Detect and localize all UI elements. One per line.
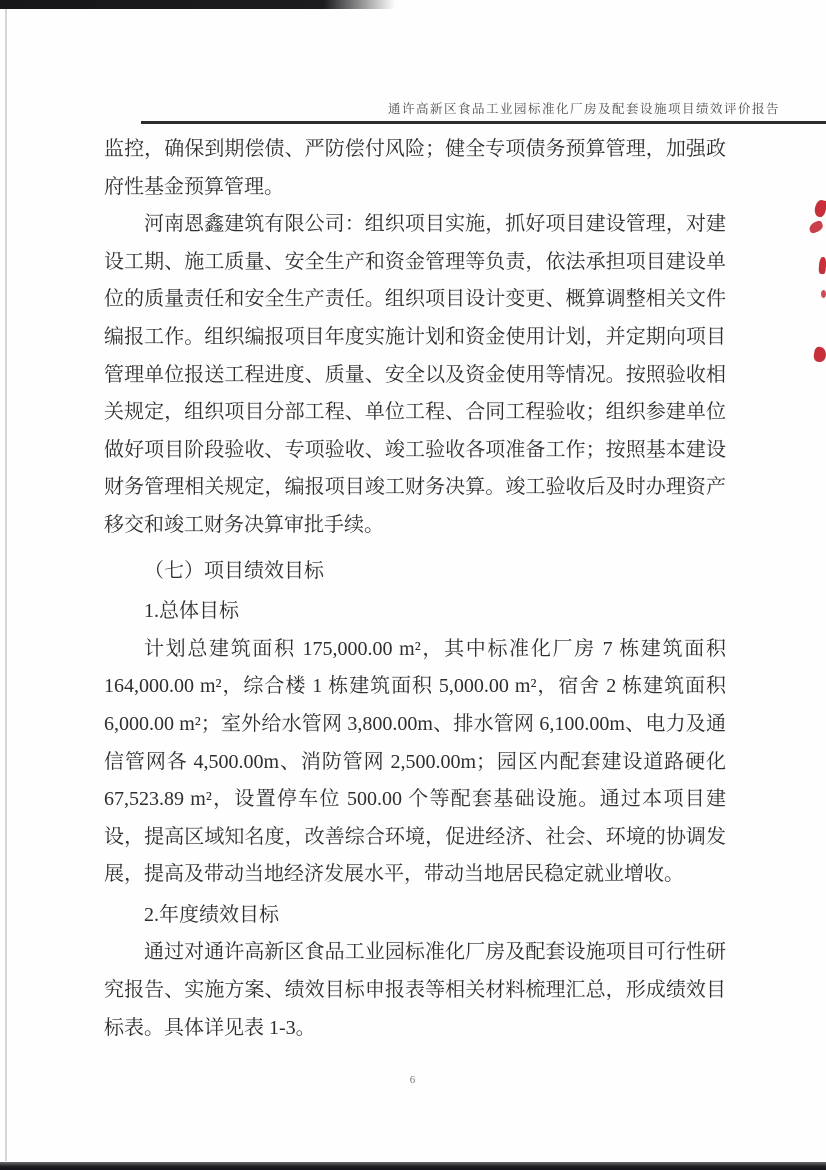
red-stamp-mark	[821, 290, 826, 298]
red-stamp-mark	[813, 199, 826, 218]
red-stamp-mark	[808, 220, 825, 235]
subheading-annual-performance-goal: 2.年度绩效目标	[104, 897, 726, 935]
document-body: 监控，确保到期偿债、严防偿付风险；健全专项债务预算管理，加强政府性基金预算管理。…	[104, 131, 726, 1047]
header-rule-line	[141, 121, 826, 124]
paragraph-debt-supervision: 监控，确保到期偿债、严防偿付风险；健全专项债务预算管理，加强政府性基金预算管理。	[104, 131, 726, 206]
paragraph-construction-company-duties: 河南恩鑫建筑有限公司：组织项目实施，抓好项目建设管理，对建设工期、施工质量、安全…	[104, 206, 726, 544]
page-number: 6	[0, 1074, 826, 1086]
running-header-title: 通许高新区食品工业园标准化厂房及配套设施项目绩效评价报告	[388, 99, 780, 117]
red-stamp-mark	[818, 257, 826, 274]
scan-artifact-bottom-bar	[0, 1162, 826, 1170]
scan-artifact-left-edge-line	[5, 9, 7, 1161]
scanned-document-page: 通许高新区食品工业园标准化厂房及配套设施项目绩效评价报告 监控，确保到期偿债、严…	[0, 0, 826, 1170]
paragraph-annual-goal-details: 通过对通许高新区食品工业园标准化厂房及配套设施项目可行性研究报告、实施方案、绩效…	[104, 934, 726, 1047]
subheading-overall-goal: 1.总体目标	[104, 593, 726, 631]
scan-artifact-top-bar	[0, 0, 395, 9]
red-stamp-mark	[813, 346, 826, 363]
section-heading-performance-goals: （七）项目绩效目标	[104, 553, 726, 591]
paragraph-overall-goal-details: 计划总建筑面积 175,000.00 m²，其中标准化厂房 7 栋建筑面积 16…	[104, 631, 726, 894]
